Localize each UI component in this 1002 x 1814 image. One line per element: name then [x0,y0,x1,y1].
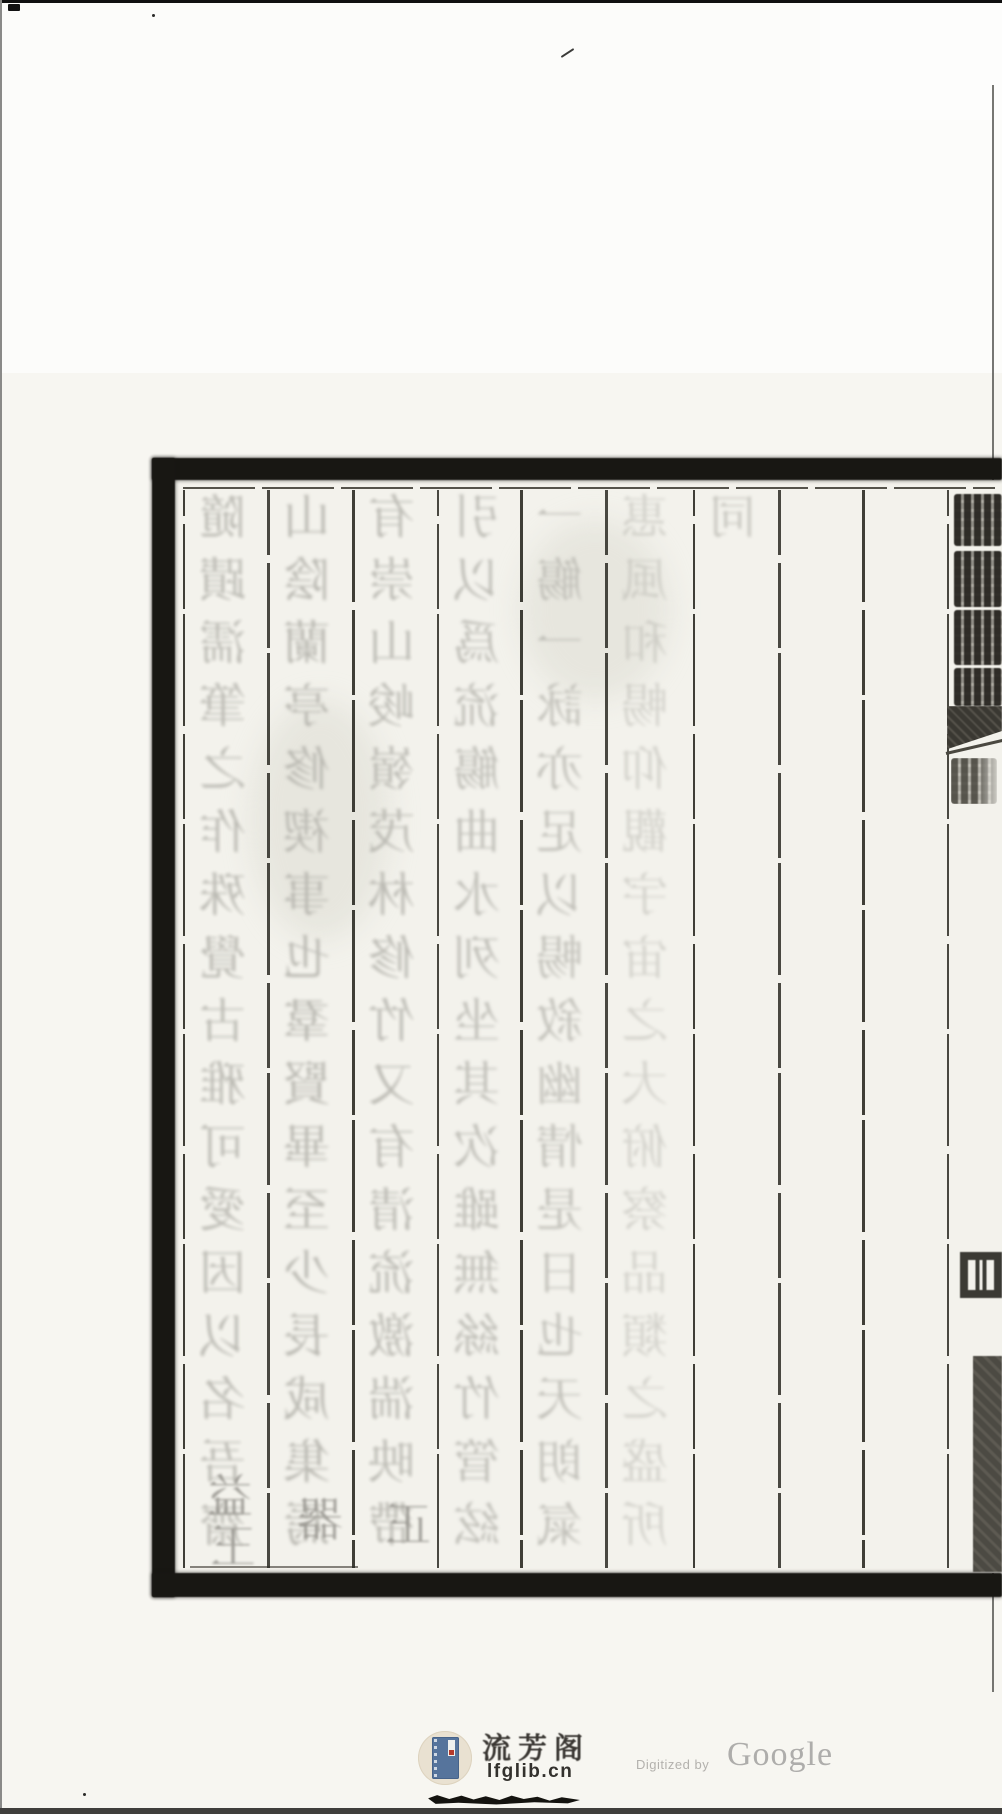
title-character-glyph [954,551,1002,607]
film-mark [8,4,20,11]
inner-rule-top [183,487,995,489]
book-icon-spine [434,1739,437,1777]
scan-border-bottom [0,1808,1002,1814]
ghost-accent-char: 益 [200,1472,266,1518]
scan-border-top [0,0,1002,3]
dust-speck [152,14,155,17]
ghost-text-column: 有崇山峻嶺茂林修竹又有清流激湍映帶 [355,492,435,1572]
ghost-text-column: 隨蹟濡筆之作殊覺古雅可愛因以名吾齋 [186,492,266,1572]
title-character-glyph [954,610,1002,665]
frame-border-top [152,458,1002,480]
column-line [437,490,439,1568]
scan-border-left [0,0,2,1814]
dust-speck [83,1793,86,1796]
ghost-text-column: 惠風和暢仰觀宇宙之大俯察品類之盛所 [608,492,691,1572]
title-character-glyph [954,668,1002,706]
page-number-glyph [960,1252,1002,1298]
title-character-glyph [954,494,1002,546]
paper-top-right-region [820,0,1002,120]
section-label-glyph [951,758,997,804]
ink-block-lower [973,1356,1002,1572]
column-line [693,490,695,1568]
ghost-accent-char: 王 [203,1522,269,1568]
book-icon-seal [449,1750,454,1755]
google-wordmark: Google [727,1736,833,1774]
ghost-accent-char: 器 [290,1495,356,1541]
column-line [778,490,781,1568]
column-line [862,490,865,1568]
ghost-accent-char: 正 [378,1500,444,1546]
column-line [183,490,185,1568]
digitized-by-label: Digitized by [636,1757,709,1772]
column-line [947,490,949,1568]
frame-border-left [152,458,175,1597]
ghost-text-column: 山陰蘭亭修禊事也羣賢畢至少長咸集焉 [270,492,350,1572]
scanned-book-page: 隨蹟濡筆之作殊覺古雅可愛因以名吾齋 山陰蘭亭修禊事也羣賢畢至少長咸集焉 有崇山峻… [0,0,1002,1814]
watermark-domain: lfglib.cn [487,1761,573,1783]
ghost-text-column: 同 [696,492,776,1572]
ghost-text-column: 引以爲流觴曲水列坐其次雖無絲竹管絃 [440,492,518,1572]
ghost-text-column: 一觴一詠亦足以暢敘幽情是日也天朗氣 [523,492,603,1572]
frame-border-bottom [152,1573,1002,1597]
